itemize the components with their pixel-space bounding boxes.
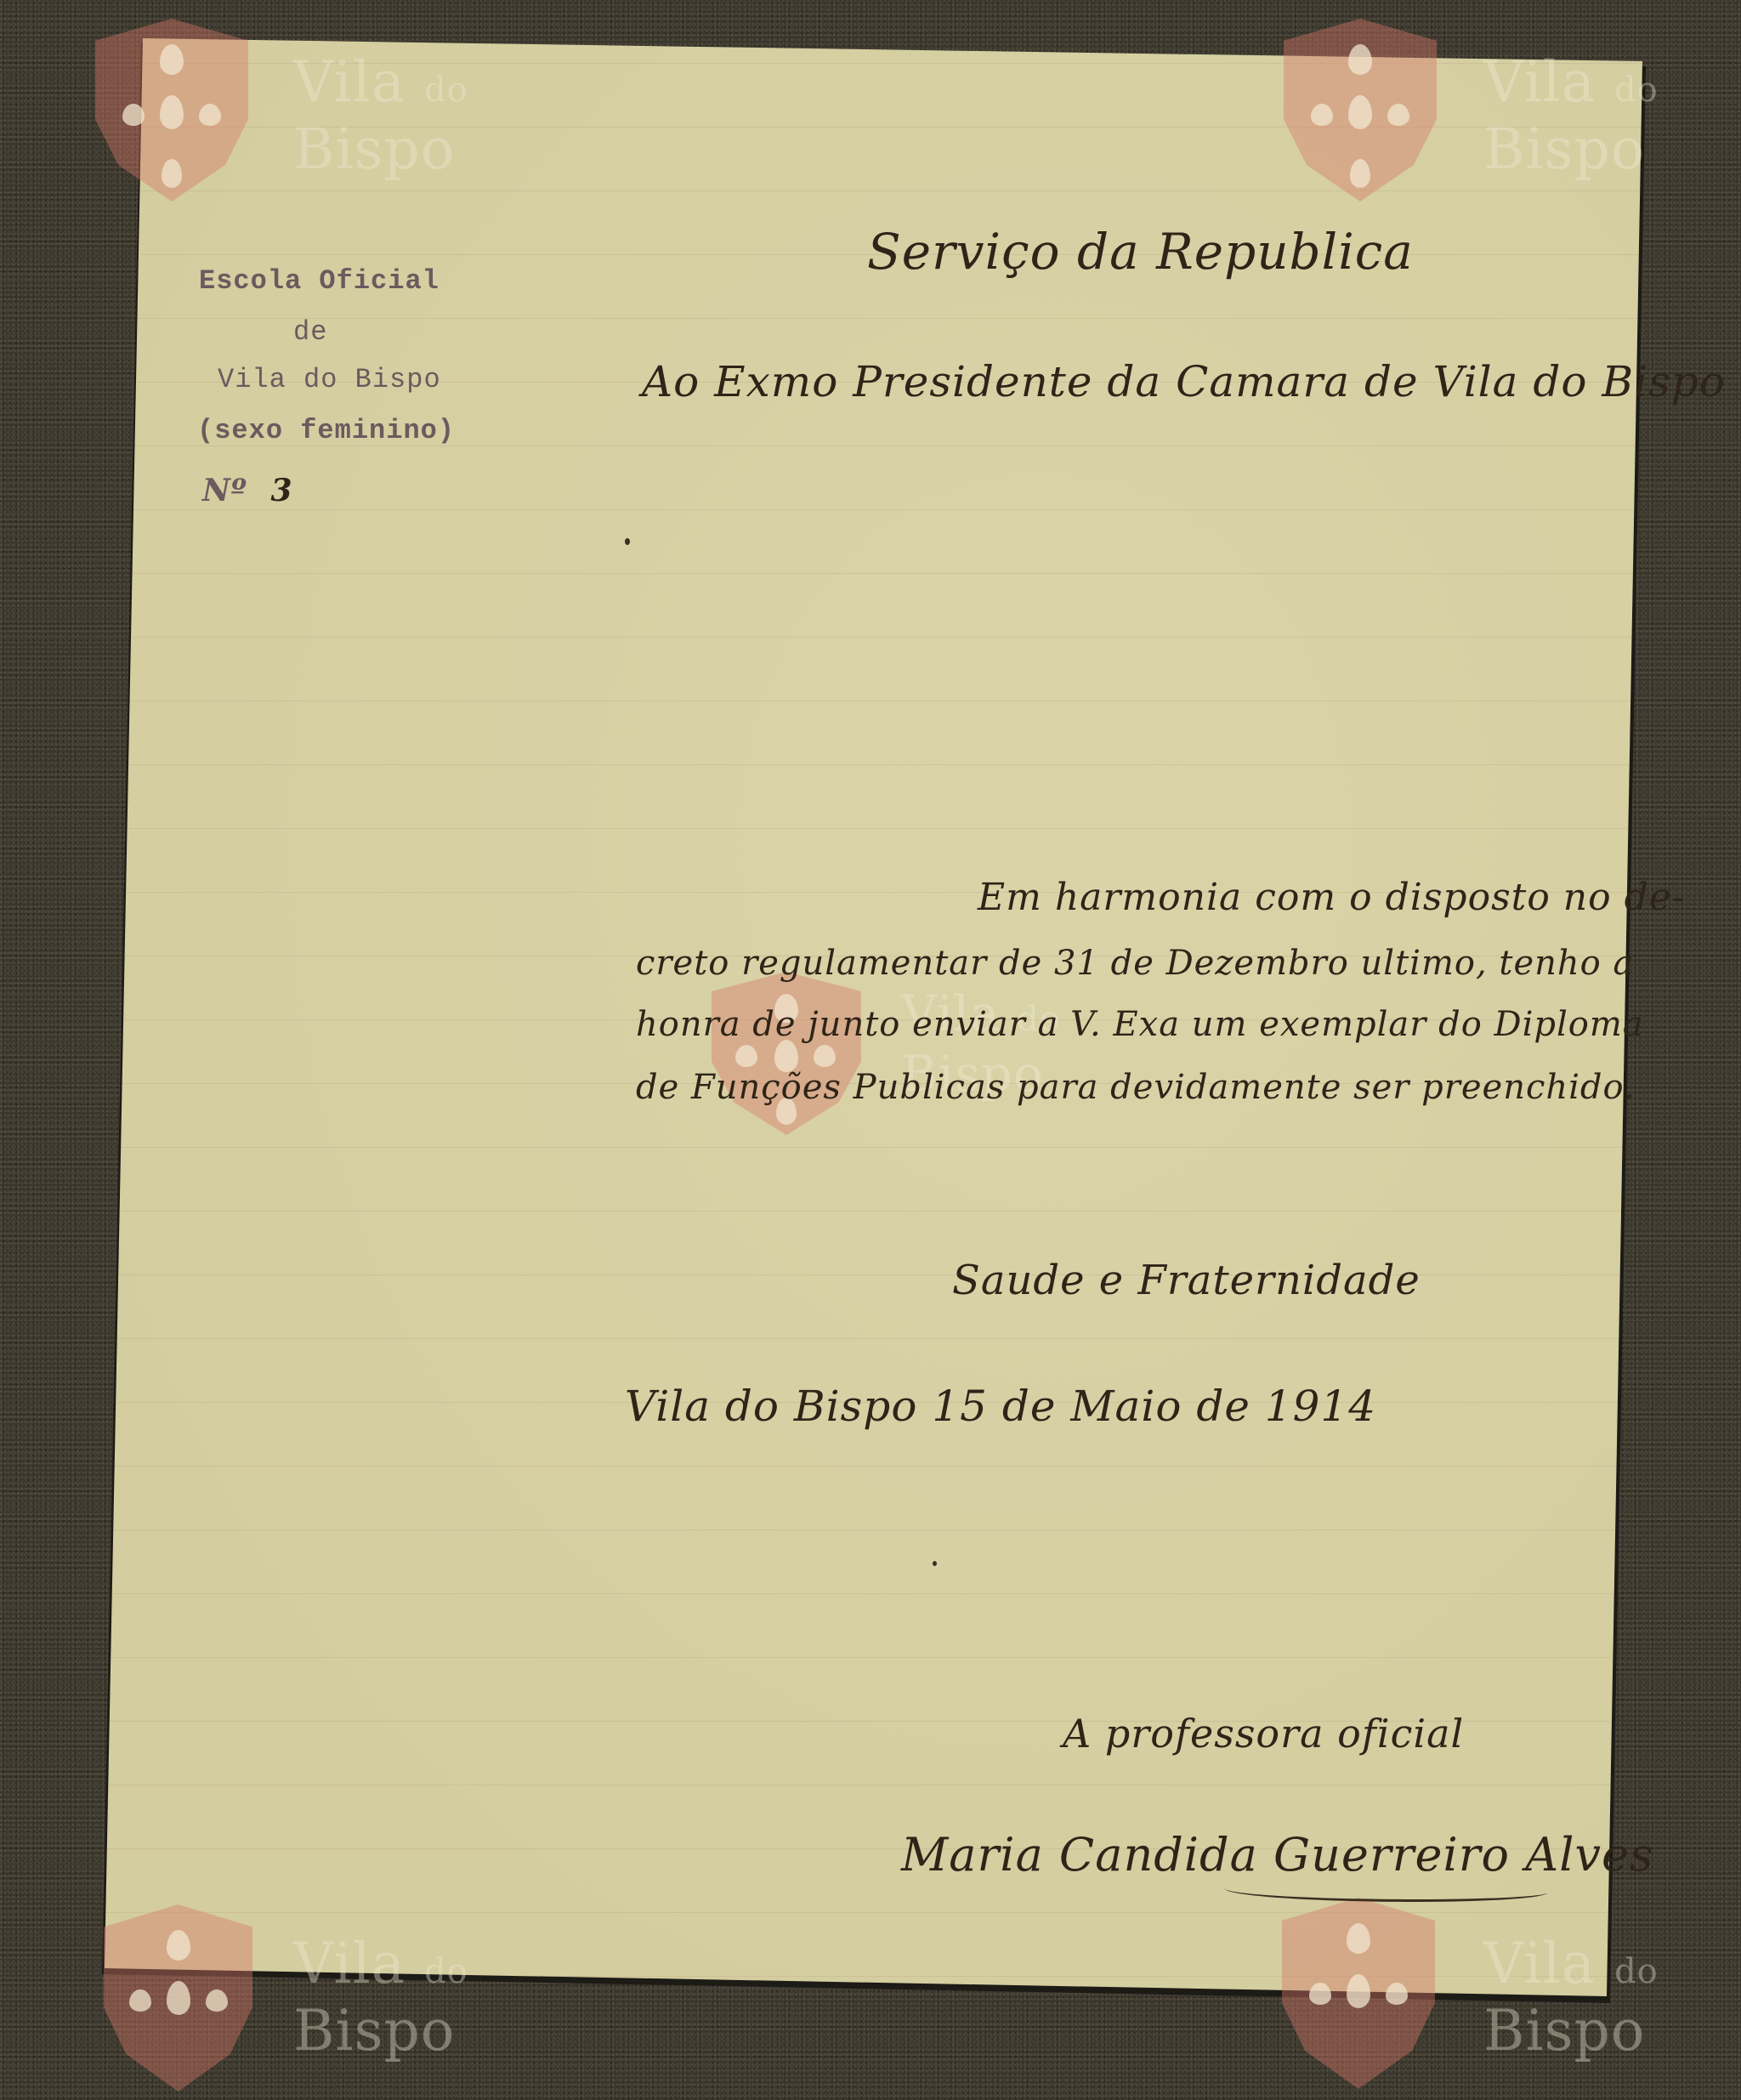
body-line-1: Em harmonia com o disposto no de- [978, 876, 1686, 919]
watermark-word: Vila [1483, 49, 1596, 115]
watermark-text-top-left: Vila do Bispo [293, 53, 468, 179]
body-line-4: de Funções Publicas para devidamente ser… [636, 1068, 1636, 1107]
watermark-word: Vila [293, 49, 405, 115]
stamp-number-label: Nº [202, 473, 247, 508]
signature-name: Maria Candida Guerreiro Alves [901, 1828, 1654, 1881]
body-line-2: creto regulamentar de 31 de Dezembro ult… [636, 944, 1634, 983]
stamp-line-de: de [293, 316, 327, 348]
stamp-line-school: Escola Oficial [199, 265, 440, 297]
signature-title: A professora oficial [1063, 1711, 1464, 1757]
watermark-word: Bispo [293, 116, 455, 182]
watermark-text-top-right: Vila do Bispo [1483, 53, 1659, 179]
stamp-line-sex: (sexo feminino) [197, 415, 455, 446]
stamp-number-value: 3 [270, 473, 292, 508]
letter-addressee: Ao Exmo Presidente da Camara de Vila do … [642, 357, 1726, 406]
watermark-word: Vila [293, 1931, 405, 1996]
watermark-shield-bottom-left [104, 1904, 252, 2091]
watermark-text-bottom-left: Vila do Bispo [293, 1934, 468, 2061]
letter-paper [0, 0, 1741, 2100]
watermark-word: do [1614, 71, 1659, 110]
ink-spot [625, 538, 630, 545]
stamp-line-town: Vila do Bispo [218, 364, 441, 395]
watermark-word: Bispo [293, 1998, 455, 2063]
watermark-word: do [1614, 1952, 1659, 1991]
letter-heading: Serviço da Republica [867, 223, 1414, 281]
letter-salutation: Saude e Fraternidade [952, 1257, 1421, 1304]
watermark-word: Vila [1483, 1931, 1596, 1996]
body-line-3: honra de junto enviar a V. Exa um exempl… [636, 1005, 1644, 1044]
watermark-word: do [424, 1952, 468, 1991]
watermark-text-bottom-right: Vila do Bispo [1483, 1934, 1659, 2061]
watermark-word: do [424, 71, 468, 110]
watermark-shield-bottom-right [1282, 1898, 1435, 2089]
watermark-word: Bispo [1483, 1998, 1645, 2063]
letter-place-date: Vila do Bispo 15 de Maio de 1914 [625, 1382, 1376, 1431]
watermark-word: Bispo [1483, 116, 1645, 182]
ink-spot [933, 1561, 937, 1566]
stamp-number: Nº 3 [202, 473, 293, 508]
